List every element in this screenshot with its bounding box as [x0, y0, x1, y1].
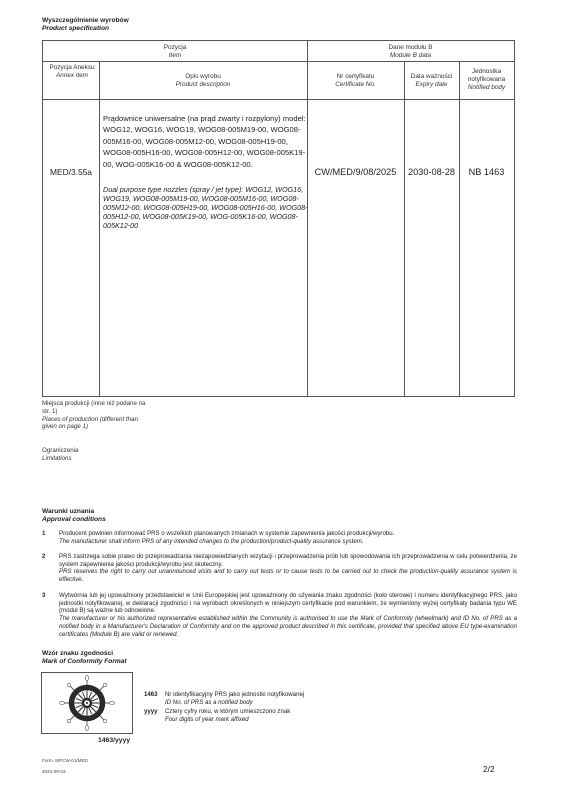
- form-date: 2024-09-03: [42, 766, 88, 777]
- cell-annex-item: MED/3.55a: [43, 167, 99, 177]
- divider: [459, 61, 460, 396]
- conditions-title-en: Approval conditions: [42, 516, 106, 524]
- legend-text-pl: Cztery cyfry roku, w którym umieszczono …: [165, 708, 290, 716]
- cell-description-en: Dual purpose type nozzles (spray / jet t…: [103, 185, 309, 230]
- places-of-production: Miejsca produkcji (inne niż podane na st…: [42, 400, 152, 431]
- column-header-annex-item: Pozycja Aneksu Annex item: [47, 64, 97, 80]
- header-label: Certificate No.: [307, 81, 404, 89]
- header-label: Dane modułu B: [307, 44, 514, 52]
- condition-item: 1 Producent powinien informować PRS o ws…: [42, 530, 517, 545]
- cell-notified-body: NB 1463: [459, 167, 514, 177]
- cell-expiry-date: 2030-08-28: [404, 167, 459, 177]
- legend-text-en: Four digits of year mark affixed: [165, 716, 290, 724]
- condition-number: 3: [42, 592, 45, 600]
- limitations: Ograniczenia Limitations: [42, 447, 78, 463]
- cell-description-pl: Prądownice uniwersalne (na prąd zwarty i…: [103, 113, 309, 170]
- condition-text-en: PRS reserves the right to carry out unan…: [59, 568, 517, 583]
- places-label-pl: Miejsca produkcji (inne niż podane na st…: [42, 400, 152, 416]
- legend-text-en: ID No. of PRS as a notified body: [165, 699, 304, 707]
- footer: Form. 8/PCW-01/MED 2024-09-03: [42, 755, 88, 777]
- header-label: Data ważności: [404, 73, 459, 81]
- legend-text-pl: Nr identyfikacyjny PRS jako jednostki no…: [165, 691, 304, 699]
- header-label: Pozycja: [43, 44, 307, 52]
- header-label: Expiry date: [404, 81, 459, 89]
- header-label: Pozycja Aneksu: [47, 64, 97, 72]
- mark-caption: 1463/yyyy: [98, 737, 130, 744]
- condition-item: 3 Wytwórnia lub jej upoważniony przedsta…: [42, 592, 517, 638]
- heading-pl: Wyszczególnienie wyrobów: [42, 17, 129, 25]
- header-label: Annex item: [47, 72, 97, 80]
- header-label: Nr certyfikatu: [307, 73, 404, 81]
- header-label: Opis wyrobu: [99, 73, 307, 81]
- limitations-label-pl: Ograniczenia: [42, 447, 78, 455]
- condition-text-en: The manufacturer or his authorized repre…: [59, 615, 517, 638]
- section-heading: Wyszczególnienie wyrobów Product specifi…: [42, 17, 129, 33]
- header-label: Product description: [99, 81, 307, 89]
- column-header-description: Opis wyrobu Product description: [99, 73, 307, 89]
- mark-title-en: Mark of Conformity Format: [42, 658, 127, 666]
- legend-key: yyyy: [144, 708, 158, 716]
- header-label: Item: [43, 52, 307, 60]
- column-header-notified-body: Jednostka notyfikowana Notified body: [459, 68, 514, 93]
- heading-en: Product specification: [42, 25, 129, 33]
- column-header-expiry-date: Data ważności Expiry date: [404, 73, 459, 89]
- condition-text-pl: Wytwórnia lub jej upoważniony przedstawi…: [59, 592, 517, 615]
- mark-of-conformity-heading: Wzór znaku zgodności Mark of Conformity …: [42, 650, 127, 666]
- wheelmark-icon: [42, 673, 132, 733]
- column-header-certificate-no: Nr certyfikatu Certificate No.: [307, 73, 404, 89]
- condition-text-en: The manufacturer shall inform PRS of any…: [59, 538, 517, 546]
- header-label: Module B data: [307, 52, 514, 60]
- header-label: Notified body: [459, 84, 514, 92]
- conditions-title-pl: Warunki uznania: [42, 508, 106, 516]
- divider: [404, 61, 405, 396]
- legend-item: 1463 Nr identyfikacyjny PRS jako jednost…: [144, 691, 304, 707]
- condition-number: 1: [42, 530, 45, 538]
- form-code: Form. 8/PCW-01/MED: [42, 755, 88, 766]
- places-label-en: Places of production (different than giv…: [42, 416, 152, 432]
- cell-certificate-no: CW/MED/9/08/2025: [307, 167, 404, 177]
- mark-title-pl: Wzór znaku zgodności: [42, 650, 127, 658]
- condition-text-pl: Producent powinien informować PRS o wsze…: [59, 530, 517, 538]
- header-group-item: Pozycja Item: [43, 44, 307, 60]
- legend-key: 1463: [144, 691, 158, 699]
- product-specification-table: Pozycja Item Dane modułu B Module B data…: [42, 40, 515, 397]
- approval-conditions-heading: Warunki uznania Approval conditions: [42, 508, 106, 524]
- condition-number: 2: [42, 553, 45, 561]
- divider: [99, 61, 100, 396]
- condition-item: 2 PRS zastrzega sobie prawo do przeprowa…: [42, 553, 517, 584]
- legend-item: yyyy Cztery cyfry roku, w którym umieszc…: [144, 708, 290, 724]
- mark-of-conformity-box: [41, 672, 133, 734]
- header-group-module-b: Dane modułu B Module B data: [307, 44, 514, 60]
- condition-text-pl: PRS zastrzega sobie prawo do przeprowadz…: [59, 553, 517, 568]
- limitations-label-en: Limitations: [42, 455, 78, 463]
- divider: [43, 61, 514, 62]
- divider: [43, 99, 514, 100]
- page-number: 2/2: [483, 764, 495, 774]
- header-label: Jednostka notyfikowana: [459, 68, 514, 84]
